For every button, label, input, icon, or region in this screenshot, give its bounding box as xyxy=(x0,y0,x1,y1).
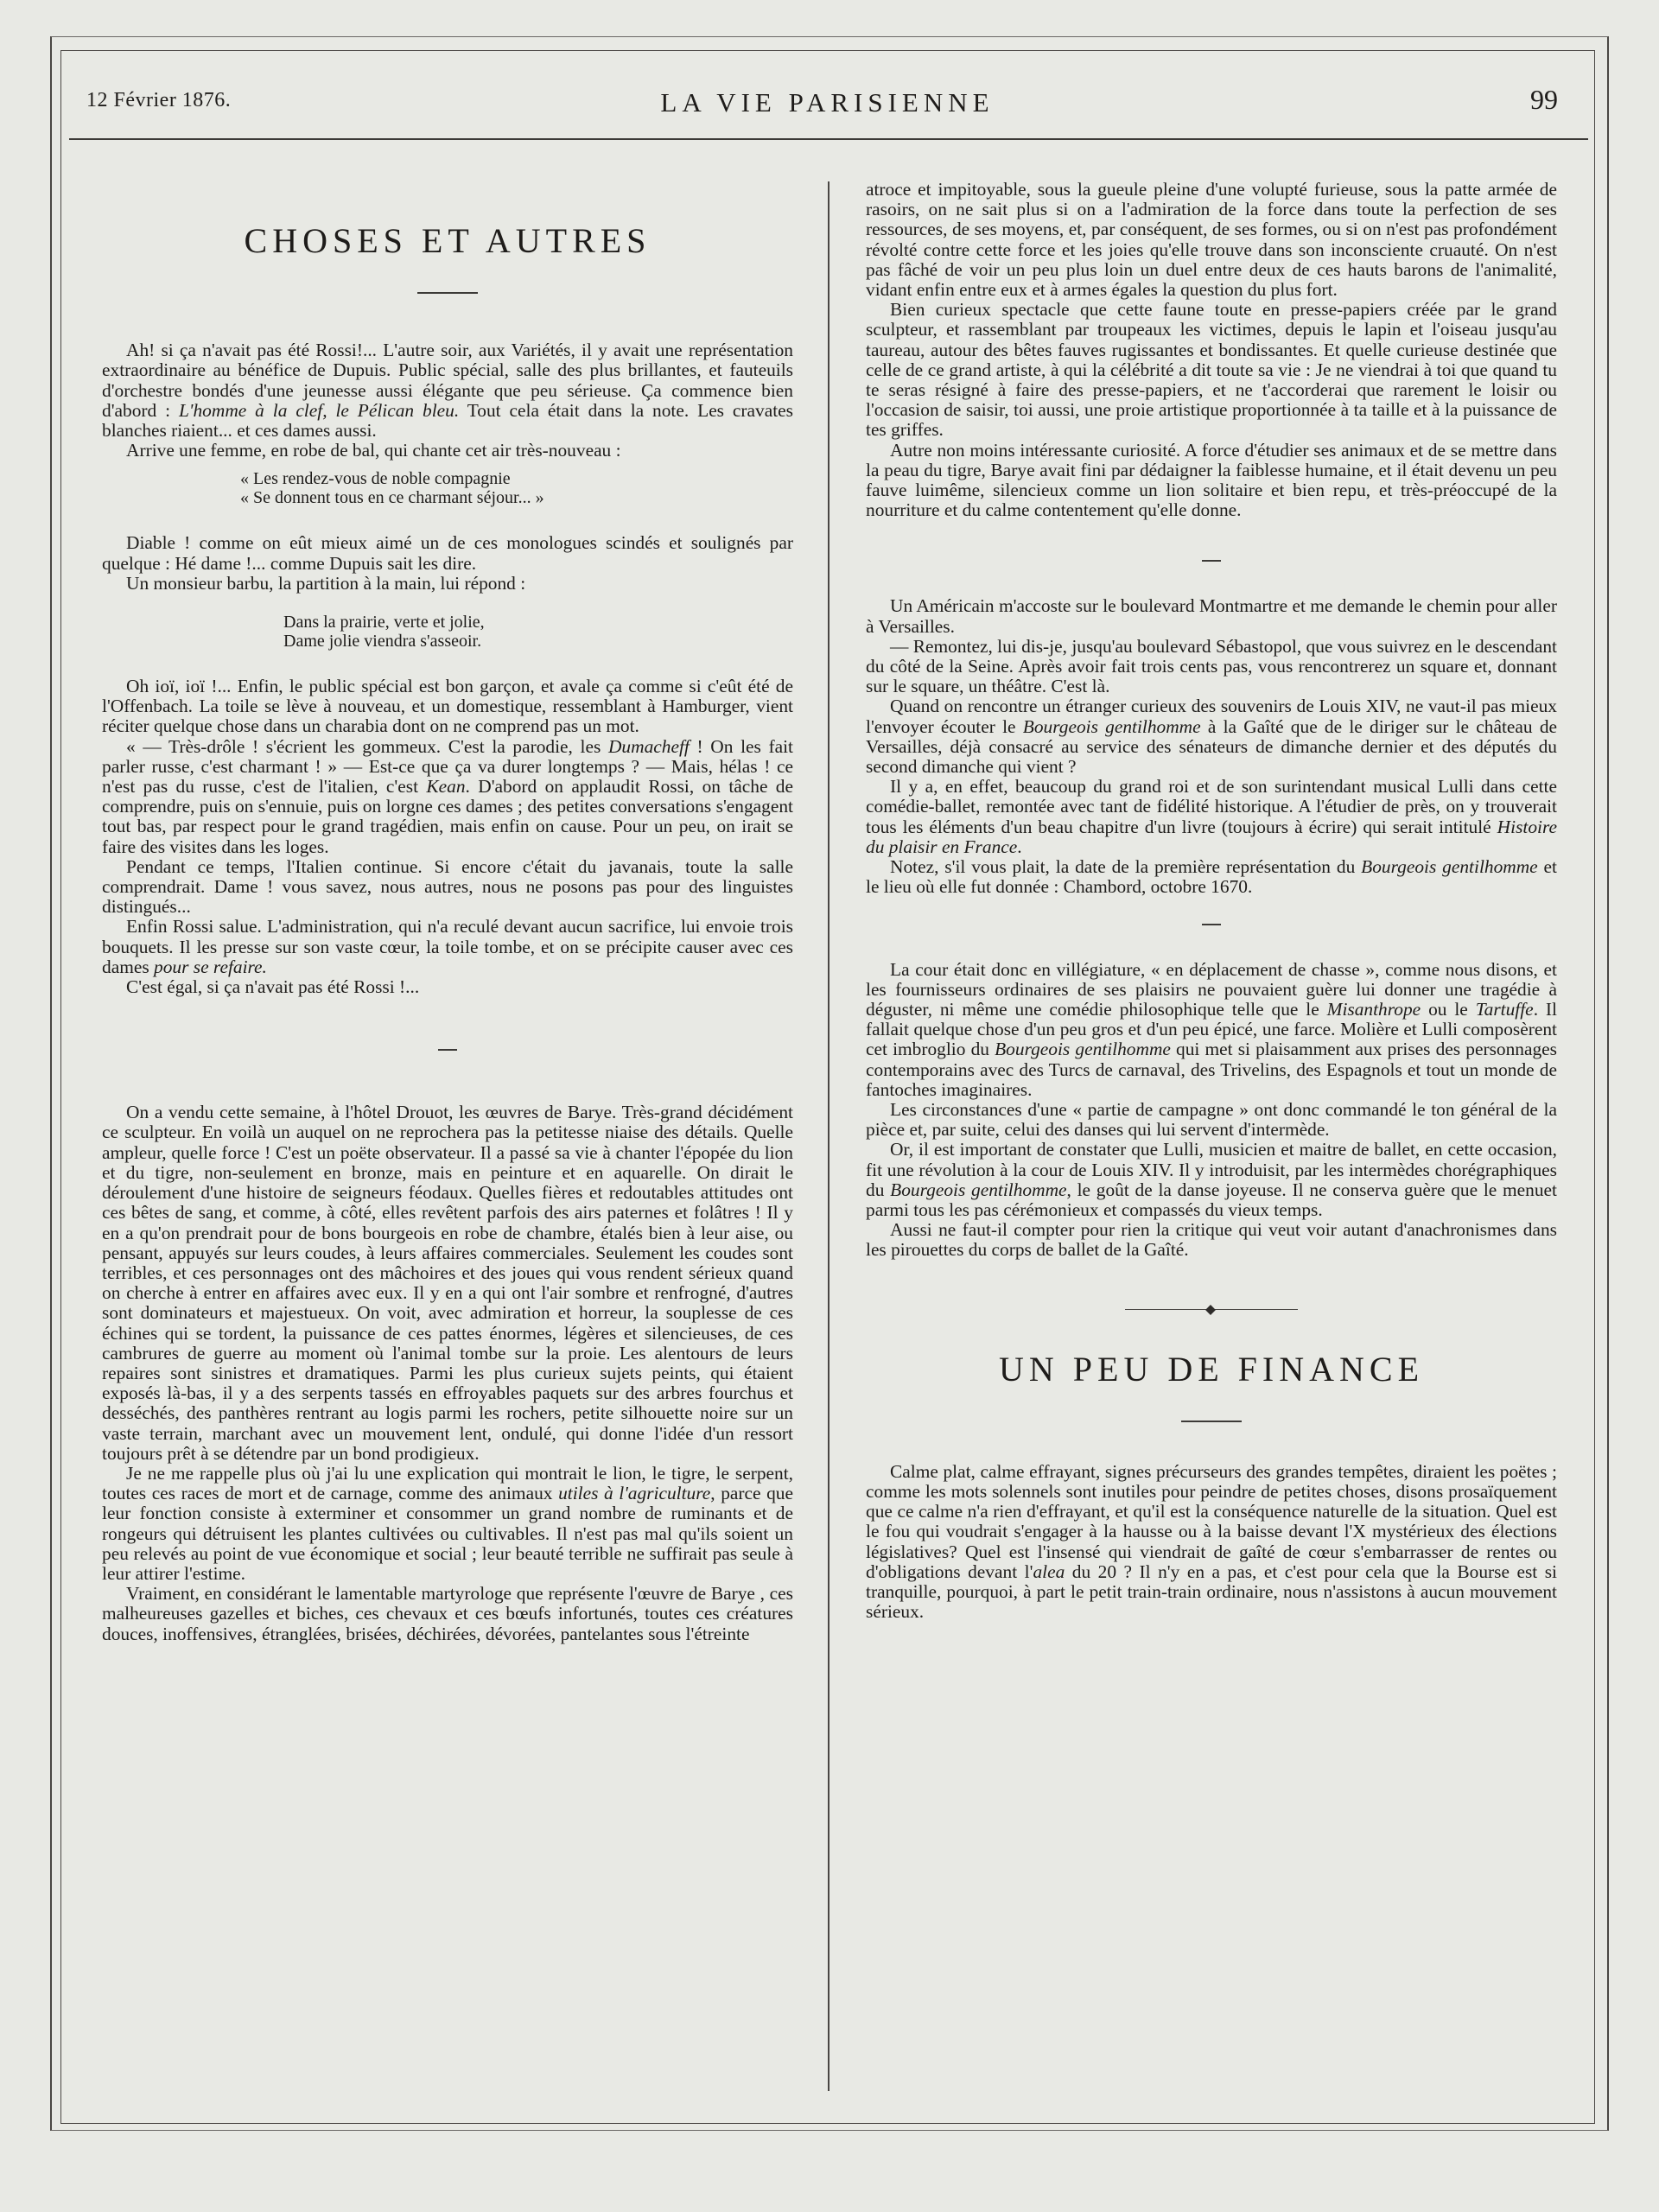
publication-title: LA VIE PARISIENNE xyxy=(86,87,1568,118)
paragraph: — Remontez, lui dis-je, jusqu'au bouleva… xyxy=(866,637,1557,697)
song-verse: Dans la prairie, verte et jolie, Dame jo… xyxy=(102,613,793,651)
paragraph: Ah! si ça n'avait pas été Rossi!... L'au… xyxy=(102,340,793,441)
paragraph: Arrive une femme, en robe de bal, qui ch… xyxy=(102,441,793,461)
diamond-ornament-icon xyxy=(1125,1304,1298,1316)
paragraph-continued: atroce et impitoyable, sous la gueule pl… xyxy=(866,180,1557,300)
paragraph: Je ne me rappelle plus où j'ai lu une ex… xyxy=(102,1464,793,1584)
paragraph: Quand on rencontre un étranger curieux d… xyxy=(866,696,1557,777)
paragraph: Aussi ne faut-il compter pour rien la cr… xyxy=(866,1220,1557,1260)
page-number: 99 xyxy=(1530,84,1558,116)
page-header: 12 Février 1876. LA VIE PARISIENNE 99 xyxy=(86,82,1568,125)
paragraph: Un Américain m'accoste sur le boulevard … xyxy=(866,596,1557,636)
paragraph: Oh ioï, ioï !... Enfin, le public spécia… xyxy=(102,677,793,737)
paragraph: La cour était donc en villégiature, « en… xyxy=(866,960,1557,1100)
paragraph: C'est égal, si ça n'avait pas été Rossi … xyxy=(102,977,793,997)
right-column: atroce et impitoyable, sous la gueule pl… xyxy=(866,180,1557,1622)
song-verse: « Les rendez-vous de noble compagnie « S… xyxy=(102,469,793,507)
paragraph: « — Très-drôle ! s'écrient les gommeux. … xyxy=(102,737,793,857)
paragraph: Un monsieur barbu, la partition à la mai… xyxy=(102,574,793,594)
paragraph: Or, il est important de constater que Lu… xyxy=(866,1140,1557,1220)
paragraph: Il y a, en effet, beaucoup du grand roi … xyxy=(866,777,1557,857)
paragraph: Les circonstances d'une « partie de camp… xyxy=(866,1100,1557,1140)
paragraph: Autre non moins intéressante curiosité. … xyxy=(866,441,1557,521)
paragraph: Vraiment, en considérant le lamentable m… xyxy=(102,1584,793,1644)
paragraph: Bien curieux spectacle que cette faune t… xyxy=(866,300,1557,440)
header-rule xyxy=(69,138,1588,140)
paragraph: Pendant ce temps, l'Italien continue. Si… xyxy=(102,857,793,918)
paragraph: Calme plat, calme effrayant, signes préc… xyxy=(866,1462,1557,1623)
article-title-un-peu-de-finance: UN PEU DE FINANCE xyxy=(866,1359,1557,1379)
paragraph: Notez, s'il vous plait, la date de la pr… xyxy=(866,857,1557,897)
left-column: CHOSES ET AUTRES Ah! si ça n'avait pas é… xyxy=(102,177,793,1644)
paragraph: Diable ! comme on eût mieux aimé un de c… xyxy=(102,533,793,573)
column-divider xyxy=(828,181,829,2091)
article-title-choses-et-autres: CHOSES ET AUTRES xyxy=(102,231,793,251)
paragraph: On a vendu cette semaine, à l'hôtel Drou… xyxy=(102,1103,793,1464)
paragraph: Enfin Rossi salue. L'administration, qui… xyxy=(102,917,793,977)
